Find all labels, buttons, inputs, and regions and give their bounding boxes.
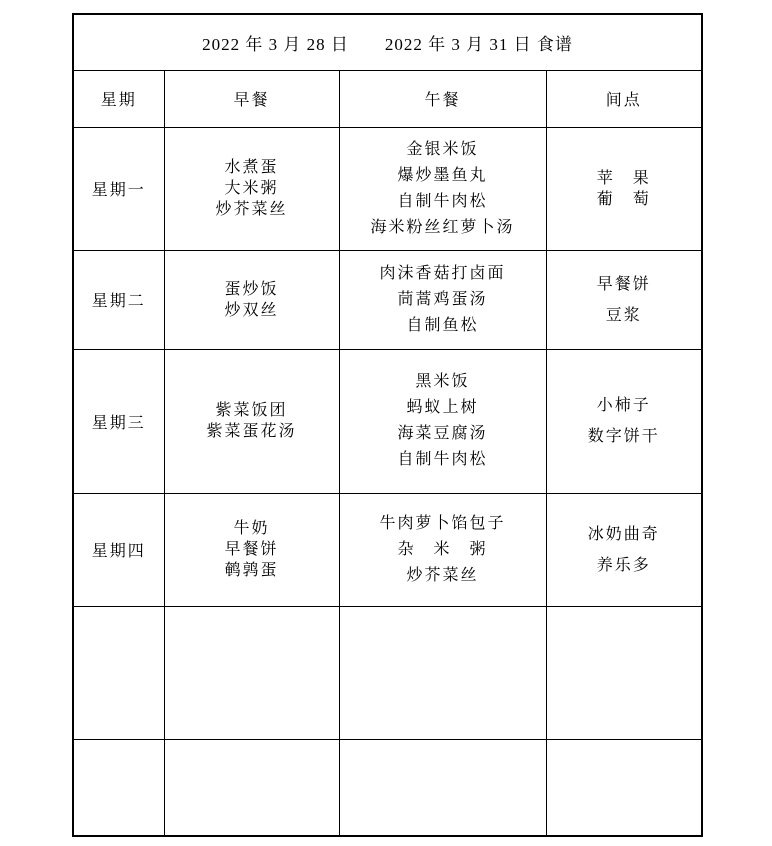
lunch-cell: 金银米饭爆炒墨鱼丸自制牛肉松海米粉丝红萝卜汤 <box>339 127 546 250</box>
breakfast-cell: 牛奶早餐饼鹌鹑蛋 <box>164 493 339 606</box>
day-cell: 星期一 <box>73 127 164 250</box>
snack-item: 苹 果 <box>547 168 702 189</box>
col-header-snack: 间点 <box>546 70 702 127</box>
snack-cell <box>546 739 702 836</box>
header-row: 星期 早餐 午餐 间点 <box>73 70 702 127</box>
lunch-item: 蚂蚁上树 <box>340 395 546 421</box>
breakfast-item: 牛奶 <box>165 518 339 539</box>
breakfast-item: 炒芥菜丝 <box>165 199 339 220</box>
snack-cell <box>546 606 702 739</box>
menu-row <box>73 606 702 739</box>
breakfast-item: 紫菜蛋花汤 <box>165 421 339 442</box>
table-title: 2022 年 3 月 28 日 2022 年 3 月 31 日 食谱 <box>73 14 702 70</box>
snack-item: 冰奶曲奇 <box>547 519 702 550</box>
lunch-item: 海米粉丝红萝卜汤 <box>340 215 546 241</box>
lunch-item: 牛肉萝卜馅包子 <box>340 511 546 537</box>
snack-cell: 早餐饼豆浆 <box>546 250 702 349</box>
menu-row: 星期一水煮蛋大米粥炒芥菜丝金银米饭爆炒墨鱼丸自制牛肉松海米粉丝红萝卜汤苹 果葡 … <box>73 127 702 250</box>
menu-table-body: 星期一水煮蛋大米粥炒芥菜丝金银米饭爆炒墨鱼丸自制牛肉松海米粉丝红萝卜汤苹 果葡 … <box>73 127 702 836</box>
snack-item: 早餐饼 <box>547 269 702 300</box>
lunch-cell <box>339 739 546 836</box>
snack-cell: 小柿子数字饼干 <box>546 349 702 493</box>
menu-row <box>73 739 702 836</box>
lunch-item: 爆炒墨鱼丸 <box>340 163 546 189</box>
breakfast-cell <box>164 606 339 739</box>
breakfast-item: 紫菜饭团 <box>165 400 339 421</box>
lunch-cell: 肉沫香菇打卤面茼蒿鸡蛋汤自制鱼松 <box>339 250 546 349</box>
day-cell: 星期三 <box>73 349 164 493</box>
snack-item: 数字饼干 <box>547 421 702 452</box>
title-row: 2022 年 3 月 28 日 2022 年 3 月 31 日 食谱 <box>73 14 702 70</box>
day-cell: 星期二 <box>73 250 164 349</box>
snack-item: 养乐多 <box>547 550 702 581</box>
lunch-item: 杂 米 粥 <box>340 537 546 563</box>
breakfast-item: 早餐饼 <box>165 539 339 560</box>
breakfast-item: 蛋炒饭 <box>165 279 339 300</box>
menu-table-head: 2022 年 3 月 28 日 2022 年 3 月 31 日 食谱 星期 早餐… <box>73 14 702 127</box>
lunch-cell: 黑米饭蚂蚁上树海菜豆腐汤自制牛肉松 <box>339 349 546 493</box>
lunch-item: 炒芥菜丝 <box>340 563 546 589</box>
breakfast-cell: 紫菜饭团紫菜蛋花汤 <box>164 349 339 493</box>
day-cell: 星期四 <box>73 493 164 606</box>
snack-item: 葡 萄 <box>547 189 702 210</box>
lunch-item: 海菜豆腐汤 <box>340 421 546 447</box>
lunch-item: 自制鱼松 <box>340 313 546 339</box>
lunch-item: 肉沫香菇打卤面 <box>340 261 546 287</box>
col-header-weekday: 星期 <box>73 70 164 127</box>
breakfast-cell <box>164 739 339 836</box>
breakfast-cell: 蛋炒饭炒双丝 <box>164 250 339 349</box>
lunch-cell <box>339 606 546 739</box>
lunch-item: 茼蒿鸡蛋汤 <box>340 287 546 313</box>
day-cell <box>73 739 164 836</box>
col-header-lunch: 午餐 <box>339 70 546 127</box>
snack-item: 豆浆 <box>547 300 702 331</box>
menu-row: 星期二蛋炒饭炒双丝肉沫香菇打卤面茼蒿鸡蛋汤自制鱼松早餐饼豆浆 <box>73 250 702 349</box>
lunch-item: 黑米饭 <box>340 369 546 395</box>
lunch-item: 金银米饭 <box>340 137 546 163</box>
menu-row: 星期三紫菜饭团紫菜蛋花汤黑米饭蚂蚁上树海菜豆腐汤自制牛肉松小柿子数字饼干 <box>73 349 702 493</box>
breakfast-item: 水煮蛋 <box>165 157 339 178</box>
lunch-cell: 牛肉萝卜馅包子杂 米 粥炒芥菜丝 <box>339 493 546 606</box>
breakfast-cell: 水煮蛋大米粥炒芥菜丝 <box>164 127 339 250</box>
menu-page: 2022 年 3 月 28 日 2022 年 3 月 31 日 食谱 星期 早餐… <box>0 0 772 846</box>
lunch-item: 自制牛肉松 <box>340 447 546 473</box>
breakfast-item: 大米粥 <box>165 178 339 199</box>
snack-cell: 冰奶曲奇养乐多 <box>546 493 702 606</box>
lunch-item: 自制牛肉松 <box>340 189 546 215</box>
breakfast-item: 炒双丝 <box>165 300 339 321</box>
snack-cell: 苹 果葡 萄 <box>546 127 702 250</box>
col-header-breakfast: 早餐 <box>164 70 339 127</box>
breakfast-item: 鹌鹑蛋 <box>165 560 339 581</box>
menu-row: 星期四牛奶早餐饼鹌鹑蛋牛肉萝卜馅包子杂 米 粥炒芥菜丝冰奶曲奇养乐多 <box>73 493 702 606</box>
day-cell <box>73 606 164 739</box>
menu-table: 2022 年 3 月 28 日 2022 年 3 月 31 日 食谱 星期 早餐… <box>72 13 703 837</box>
snack-item: 小柿子 <box>547 390 702 421</box>
